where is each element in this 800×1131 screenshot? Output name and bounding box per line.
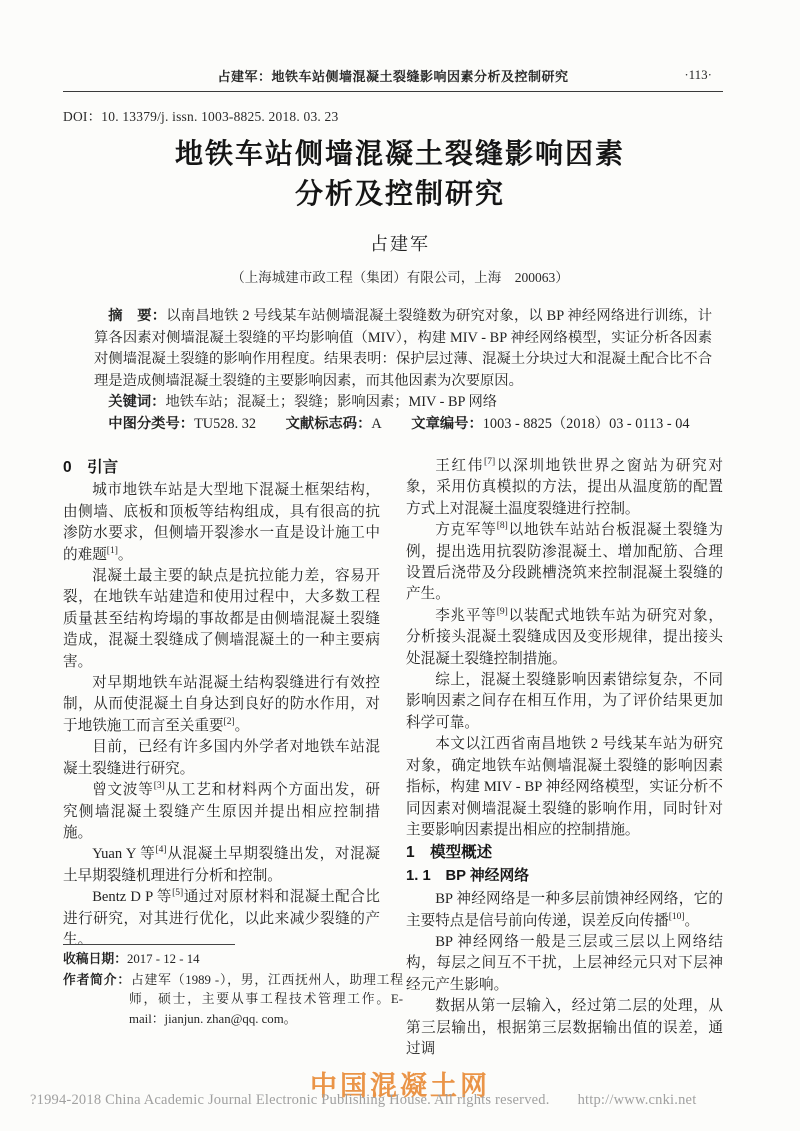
author-name: 占建军: [0, 230, 800, 256]
received-date-row: 收稿日期：2017 - 12 - 14: [63, 949, 403, 970]
classification-line: 中图分类号：TU528. 32 文献标志码：A 文章编号：1003 - 8825…: [94, 414, 712, 436]
body-columns: 0 引言城市地铁车站是大型地下混凝土框架结构，由侧墙、底板和顶板等结构组成，具有…: [63, 456, 723, 1131]
paragraph: 城市地铁车站是大型地下混凝土框架结构，由侧墙、底板和顶板等结构组成，具有很高的抗…: [63, 480, 380, 566]
abstract: 摘 要：以南昌地铁 2 号线某车站侧墙混凝土裂缝数为研究对象，以 BP 神经网络…: [94, 306, 712, 392]
abstract-label: 摘 要：: [108, 308, 166, 324]
footnote-rule: [63, 944, 235, 945]
clc-value: TU528. 32: [194, 416, 256, 432]
paragraph: 曾文波等[3]从工艺和材料两个方面出发，研究侧墙混凝土裂缝产生原因并提出相应控制…: [63, 780, 380, 844]
paragraph: 目前，已经有许多国内外学者对地铁车站混凝土裂缝进行研究。: [63, 737, 380, 780]
doi-text: DOI：10. 13379/j. issn. 1003-8825. 2018. …: [63, 105, 338, 125]
paper-title-line2: 分析及控制研究: [295, 178, 505, 209]
clc-pair: 中图分类号：TU528. 32: [108, 416, 256, 432]
paper-title-line1: 地铁车站侧墙混凝土裂缝影响因素: [175, 138, 625, 169]
article-id-label: 文章编号：: [411, 416, 482, 432]
right-column: 王红伟[7]以深圳地铁世界之窗站为研究对象，采用仿真模拟的方法，提出从温度筋的配…: [406, 456, 723, 1131]
journal-page: 占建军：地铁车站侧墙混凝土裂缝影响因素分析及控制研究 ·113· DOI：10.…: [0, 0, 800, 1131]
paragraph: Yuan Y 等[4]从混凝土早期裂缝出发，对混凝土早期裂缝机理进行分析和控制。: [63, 844, 380, 887]
author-bio-label: 作者简介：: [63, 972, 131, 987]
paragraph: BP 神经网络是一种多层前馈神经网络，它的主要特点是信号前向传递，误差反向传播[…: [406, 889, 723, 932]
paragraph: 对早期地铁车站混凝土结构裂缝进行有效控制，从而使混凝土自身达到良好的防水作用，对…: [63, 673, 380, 737]
clc-label: 中图分类号：: [108, 416, 194, 432]
section-heading: 0 引言: [63, 457, 380, 478]
keywords: 关键词：地铁车站；混凝土；裂缝；影响因素；MIV - BP 网络: [94, 392, 712, 414]
article-id-pair: 文章编号：1003 - 8825（2018）03 - 0113 - 04: [411, 416, 689, 432]
section-heading: 1. 1 BP 神经网络: [406, 866, 723, 887]
paragraph: 混凝土最主要的缺点是抗拉能力差，容易开裂，在地铁车站建造和使用过程中，大多数工程…: [63, 566, 380, 673]
affiliation: （上海城建市政工程（集团）有限公司，上海 200063）: [0, 266, 800, 286]
doc-code-label: 文献标志码：: [286, 416, 372, 432]
paragraph: 王红伟[7]以深圳地铁世界之窗站为研究对象，采用仿真模拟的方法，提出从温度筋的配…: [406, 456, 723, 520]
received-date-value: 2017 - 12 - 14: [127, 952, 200, 966]
paragraph: Bentz D P 等[5]通过对原材料和混凝土配合比进行研究，对其进行优化，以…: [63, 887, 380, 951]
footnote-block: 收稿日期：2017 - 12 - 14 作者简介：占建军（1989 -），男，江…: [63, 944, 403, 1029]
paragraph: 李兆平等[9]以装配式地铁车站为研究对象，分析接头混凝土裂缝成因及变形规律，提出…: [406, 606, 723, 670]
paper-title: 地铁车站侧墙混凝土裂缝影响因素 分析及控制研究: [0, 134, 800, 214]
paragraph: 数据从第一层输入，经过第二层的处理，从第三层输出，根据第三层数据输出值的误差，通…: [406, 996, 723, 1060]
running-head-title: 占建军：地铁车站侧墙混凝土裂缝影响因素分析及控制研究: [63, 66, 723, 85]
article-id-value: 1003 - 8825（2018）03 - 0113 - 04: [483, 416, 690, 432]
paragraph: 综上，混凝土裂缝影响因素错综复杂，不同影响因素之间存在相互作用，为了评价结果更加…: [406, 670, 723, 734]
abstract-text: 以南昌地铁 2 号线某车站侧墙混凝土裂缝数为研究对象，以 BP 神经网络进行训练…: [94, 308, 712, 389]
meta-block: 摘 要：以南昌地铁 2 号线某车站侧墙混凝土裂缝数为研究对象，以 BP 神经网络…: [94, 306, 712, 436]
doc-code-value: A: [371, 416, 381, 432]
copyright-text: ?1994-2018 China Academic Journal Electr…: [30, 1092, 550, 1108]
paragraph: 本文以江西省南昌地铁 2 号线某车站为研究对象，确定地铁车站侧墙混凝土裂缝的影响…: [406, 734, 723, 841]
paragraph: BP 神经网络一般是三层或三层以上网络结构，每层之间互不干扰，上层神经元只对下层…: [406, 932, 723, 996]
keywords-text: 地铁车站；混凝土；裂缝；影响因素；MIV - BP 网络: [165, 394, 497, 410]
section-heading: 1 模型概述: [406, 842, 723, 863]
keywords-label: 关键词：: [108, 394, 165, 410]
received-date-label: 收稿日期：: [63, 951, 127, 966]
author-bio-text: 占建军（1989 -），男，江西抚州人，助理工程师，硕士，主要从事工程技术管理工…: [129, 973, 403, 1026]
doc-code-pair: 文献标志码：A: [286, 416, 382, 432]
url-text: http://www.cnki.net: [578, 1092, 697, 1108]
page-number: ·113·: [684, 67, 712, 83]
paragraph: 方克军等[8]以地铁车站站台板混凝土裂缝为例，提出选用抗裂防渗混凝土、增加配筋、…: [406, 520, 723, 606]
left-column: 0 引言城市地铁车站是大型地下混凝土框架结构，由侧墙、底板和顶板等结构组成，具有…: [63, 456, 380, 1131]
author-bio-row: 作者简介：占建军（1989 -），男，江西抚州人，助理工程师，硕士，主要从事工程…: [63, 970, 403, 1030]
copyright-line: ?1994-2018 China Academic Journal Electr…: [30, 1092, 770, 1109]
header-rule: [63, 91, 723, 92]
